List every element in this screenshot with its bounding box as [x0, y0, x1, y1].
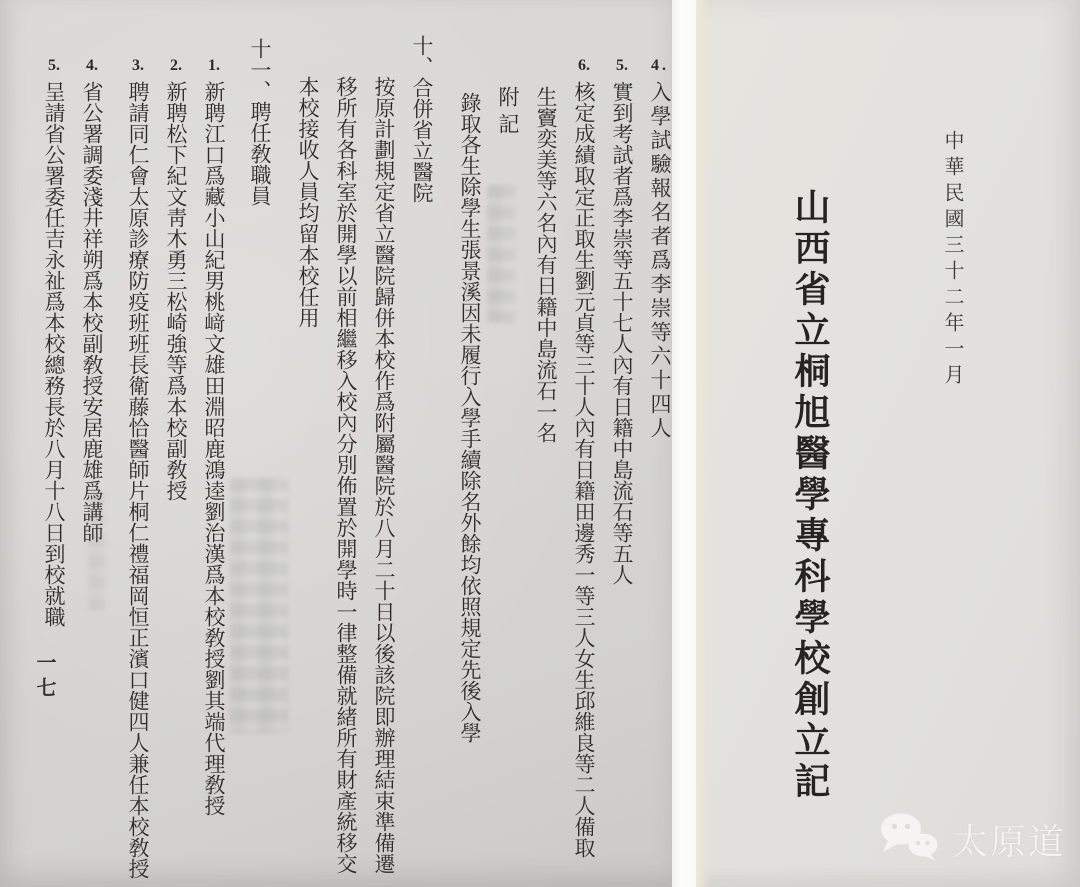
watermark: 太原道 [878, 812, 1066, 867]
column-text: 生竇奕美等六名內有日籍中島流石一名 [534, 86, 558, 443]
column-text: 實到考試者爲李崇等五十七人內有日籍中島流石等五人 [610, 81, 634, 585]
watermark-label: 太原道 [952, 814, 1066, 865]
text-column: 生竇奕美等六名內有日籍中島流石一名 [518, 0, 556, 887]
page-fold-shadow [696, 0, 710, 887]
item-number: 1. [208, 58, 220, 74]
page-gutter [672, 0, 696, 887]
text-column: 1.新聘江口爲藏小山紀男桃﨑文雄田淵昭鹿鴻逵劉治漢爲本校敎授劉其端代理敎授 [186, 0, 224, 887]
item-number: 5. [48, 58, 60, 74]
column-text: 移所有各科室於開學以前相繼移入校內分別佈置於開學時一律整備就緒所有財產統移交 [334, 76, 358, 874]
column-text: 呈請省公署委任吉永祉爲本校總務長於八月十八日到校就職 [42, 81, 66, 627]
text-column: 4.省公署調委淺井祥朔爲本校副敎授安居鹿雄爲講師 [64, 0, 102, 887]
column-text: 聘請同仁會太原診療防疫班班長衛藤恰醫師片桐仁禮福岡恒正濱口健四人兼任本校敎授 [126, 81, 150, 879]
text-column: 本校接收人員均留本校任用 [280, 0, 318, 887]
section-heading: 十一、聘任敎職員 [232, 0, 270, 887]
bleedthrough-smudge [230, 478, 288, 733]
column-text: 本校接收人員均留本校任用 [296, 76, 320, 328]
document-title: 山西省立桐旭醫學專科學校創立記 [785, 188, 836, 803]
bleedthrough-smudge [88, 492, 106, 612]
date-line: 中華民國三十二年一月 [938, 130, 967, 390]
scanned-document: 4.入學試驗報名者爲李崇等六十四人 5.實到考試者爲李崇等五十七人內有日籍中島流… [0, 0, 1080, 887]
column-text: 附記 [496, 86, 520, 140]
right-page: 中華民國三十二年一月 山西省立桐旭醫學專科學校創立記 [696, 0, 1080, 887]
item-number: 4. [86, 58, 98, 74]
text-column: 錄取各生除學生張景溪因未履行入學手續除名外餘均依照規定先後入學 [442, 0, 480, 887]
column-text: 錄取各生除學生張景溪因未履行入學手續除名外餘均依照規定先後入學 [458, 92, 482, 743]
wechat-icon [878, 812, 942, 867]
text-column: 移所有各科室於開學以前相繼移入校內分別佈置於開學時一律整備就緒所有財產統移交 [318, 0, 356, 887]
column-text: 核定成績取定正取生劉元貞等三十人內有日籍田邊秀一等三人女生邱維良等二人備取 [572, 81, 596, 858]
text-column: 按原計劃規定省立醫院歸併本校作爲附屬醫院於八月二十日以後該院即辦理結束準備遷 [356, 0, 394, 887]
column-text: 新聘松下紀文靑木勇三松崎強等爲本校副敎授 [164, 81, 188, 501]
section-heading: 十、合併省立醫院 [394, 0, 432, 887]
text-column: 5.呈請省公署委任吉永祉爲本校總務長於八月十八日到校就職 [26, 0, 64, 887]
column-text: 入學試驗報名者爲李崇等六十四人 [648, 81, 672, 441]
item-number: 6. [578, 58, 590, 74]
left-page: 4.入學試驗報名者爲李崇等六十四人 5.實到考試者爲李崇等五十七人內有日籍中島流… [0, 0, 672, 887]
column-text: 新聘江口爲藏小山紀男桃﨑文雄田淵昭鹿鴻逵劉治漢爲本校敎授劉其端代理敎授 [202, 81, 226, 816]
item-number: 5. [616, 58, 628, 74]
bleedthrough-smudge [487, 185, 515, 323]
item-number: 3. [132, 58, 144, 74]
column-text: 按原計劃規定省立醫院歸併本校作爲附屬醫院於八月二十日以後該院即辦理結束準備遷 [372, 76, 396, 874]
item-number: 2. [170, 58, 182, 74]
column-text: 省公署調委淺井祥朔爲本校副敎授安居鹿雄爲講師 [80, 81, 104, 543]
text-column: 附記 [480, 0, 518, 887]
text-column: 3.聘請同仁會太原診療防疫班班長衛藤恰醫師片桐仁禮福岡恒正濱口健四人兼任本校敎授 [110, 0, 148, 887]
column-text: 十、合併省立醫院 [410, 35, 434, 203]
text-column: 4.入學試驗報名者爲李崇等六十四人 [632, 0, 670, 887]
page-number: 一七 [30, 652, 59, 702]
column-text: 十一、聘任敎職員 [248, 38, 272, 206]
text-column: 2.新聘松下紀文靑木勇三松崎強等爲本校副敎授 [148, 0, 186, 887]
text-column: 5.實到考試者爲李崇等五十七人內有日籍中島流石等五人 [594, 0, 632, 887]
left-page-text: 4.入學試驗報名者爲李崇等六十四人 5.實到考試者爲李崇等五十七人內有日籍中島流… [26, 0, 670, 887]
text-column: 6.核定成績取定正取生劉元貞等三十人內有日籍田邊秀一等三人女生邱維良等二人備取 [556, 0, 594, 887]
item-number: 4. [651, 58, 669, 74]
